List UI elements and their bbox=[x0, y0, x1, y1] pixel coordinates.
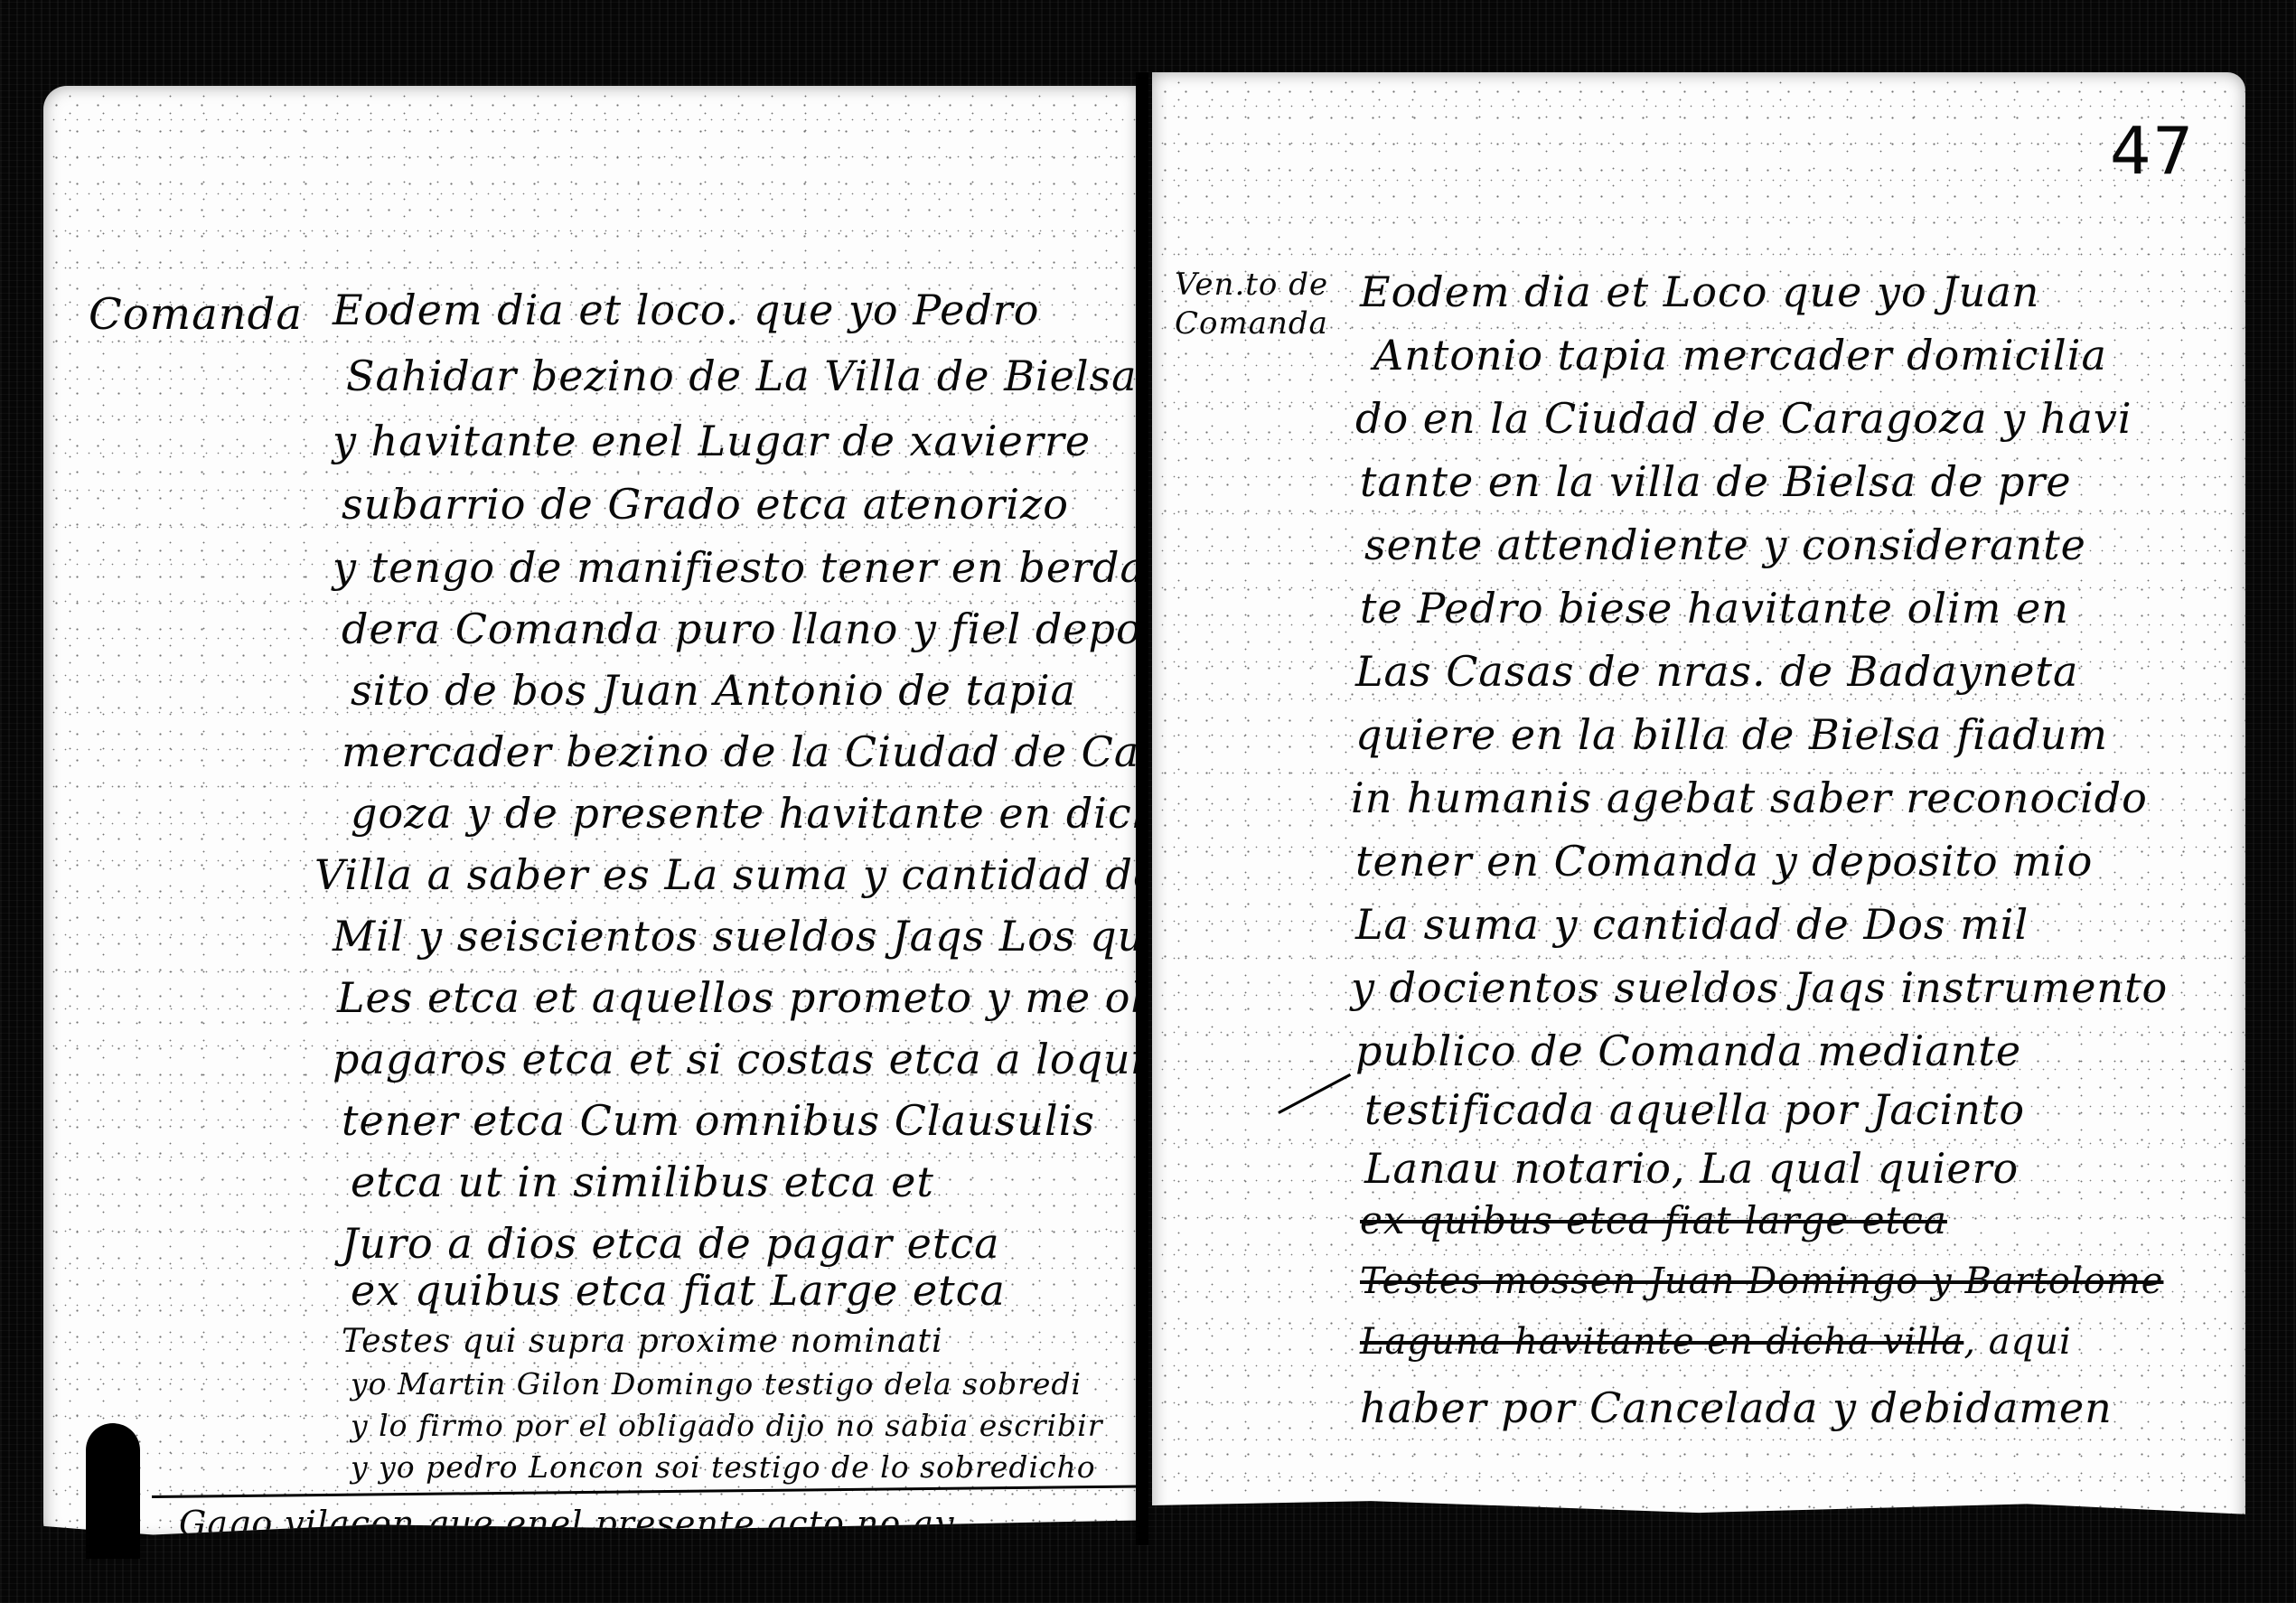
witness-line-4: y yo pedro Loncon soi testigo de lo sobr… bbox=[351, 1452, 1096, 1482]
left-line-9: goza y de presente havitante en dicha bbox=[351, 792, 1139, 834]
right-line-5: sente attendiente y considerante bbox=[1364, 524, 2086, 566]
right-line-4: tante en la villa de Bielsa de pre bbox=[1360, 461, 2072, 502]
left-line-4: subarrio de Grado etca atenorizo bbox=[342, 483, 1069, 525]
right-final-line: haber por Cancelada y debidamen bbox=[1360, 1387, 2113, 1429]
ink-blot bbox=[86, 1423, 140, 1559]
struck-line-3: Laguna havitante en dicha villa bbox=[1360, 1321, 1963, 1363]
left-line-7: sito de bos Juan Antonio de tapia bbox=[351, 670, 1076, 711]
left-page: Comanda Eodem dia et loco. que yo Pedro … bbox=[43, 86, 1139, 1541]
left-margin-note: Comanda bbox=[89, 289, 303, 340]
left-line-13: pagaros etca et si costas etca a loqui bbox=[333, 1038, 1139, 1080]
right-line-11: La suma y cantidad de Dos mil bbox=[1355, 904, 2029, 945]
page-gutter bbox=[1136, 72, 1148, 1545]
left-line-10: Villa a saber es La suma y cantidad de bbox=[314, 854, 1139, 895]
right-margin-note-top: Ven.to de bbox=[1175, 267, 1328, 303]
left-line-5: y tengo de manifiesto tener en berda bbox=[333, 547, 1139, 588]
left-line-16: Juro a dios etca de pagar etca bbox=[342, 1223, 1000, 1264]
margin-check-mark bbox=[1278, 1073, 1351, 1114]
left-line-6: dera Comanda puro llano y fiel depo bbox=[342, 608, 1139, 650]
left-line-17: ex quibus etca fiat Large etca bbox=[351, 1270, 1006, 1311]
left-line-12: Les etca et aquellos prometo y me obligo bbox=[337, 977, 1139, 1018]
struck-line-1: ex quibus etca fiat large etca bbox=[1360, 1202, 1947, 1240]
right-line-15: Lanau notario, La qual quiero bbox=[1364, 1148, 2019, 1189]
right-line-2: Antonio tapia mercader domicilia bbox=[1373, 334, 2107, 376]
witness-line-1: Testes qui supra proxime nominati bbox=[342, 1326, 942, 1358]
struck-line-3-wrapper: Laguna havitante en dicha villa, aqui bbox=[1360, 1324, 2072, 1360]
right-line-10: tener en Comanda y deposito mio bbox=[1355, 840, 2093, 882]
witness-line-2: yo Martin Gilon Domingo testigo dela sob… bbox=[351, 1369, 1082, 1399]
struck-line-2: Testes mossen Juan Domingo y Bartolome bbox=[1360, 1263, 2163, 1299]
right-page: 47 Ven.to de Comanda Eodem dia et Loco q… bbox=[1152, 72, 2245, 1536]
right-margin-note-bottom: Comanda bbox=[1175, 305, 1328, 342]
left-line-1: Eodem dia et loco. que yo Pedro bbox=[333, 289, 1039, 331]
right-line-1: Eodem dia et Loco que yo Juan bbox=[1360, 271, 2039, 313]
right-line-14: testificada aquella por Jacinto bbox=[1364, 1089, 2025, 1130]
right-line-12: y docientos sueldos Jaqs instrumento bbox=[1351, 967, 2168, 1008]
right-line-6: te Pedro biese havitante olim en bbox=[1360, 587, 2069, 629]
folio-number: 47 bbox=[2110, 113, 2195, 189]
left-line-15: etca ut in similibus etca et bbox=[351, 1161, 934, 1203]
left-line-11: Mil y seiscientos sueldos Jaqs Los qua bbox=[333, 915, 1139, 957]
right-line-7: Las Casas de nras. de Badayneta bbox=[1355, 651, 2078, 692]
right-line-8: quiere en la billa de Bielsa fiadum bbox=[1355, 714, 2108, 755]
right-line-13: publico de Comanda mediante bbox=[1355, 1030, 2021, 1072]
left-line-14: tener etca Cum omnibus Clausulis bbox=[342, 1100, 1095, 1141]
struck-line-3-suffix: , aqui bbox=[1963, 1321, 2071, 1363]
left-line-8: mercader bezino de la Ciudad de Cara bbox=[342, 731, 1139, 773]
right-line-3: do en la Ciudad de Caragoza y havi bbox=[1355, 398, 2132, 439]
right-line-9: in humanis agebat saber reconocido bbox=[1351, 777, 2148, 819]
left-line-2: Sahidar bezino de La Villa de Bielsa bbox=[346, 355, 1138, 397]
left-line-3: y havitante enel Lugar de xavierre bbox=[333, 420, 1091, 462]
footer-divider-rule bbox=[152, 1486, 1139, 1498]
witness-line-3: y lo firmo por el obligado dijo no sabia… bbox=[351, 1411, 1103, 1440]
